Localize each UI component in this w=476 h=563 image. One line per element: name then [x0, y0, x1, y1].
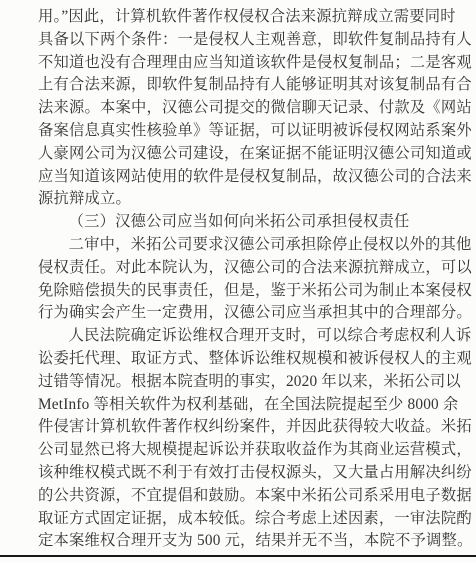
text-line: 行为确实会产生一定费用，汉德公司应当承担其中的合理部分。 — [38, 302, 437, 325]
text-line: 免除赔偿损失的民事责任，但是，鉴于米拓公司为制止本案侵权 — [38, 280, 437, 303]
text-line: 二审中，米拓公司要求汉德公司承担除停止侵权以外的其他 — [38, 234, 437, 257]
text-line: 源抗辩成立。 — [38, 188, 437, 211]
document-page: 用。”因此，计算机软件著作权侵权合法来源抗辩成立需要同时具备以下两个条件：一是侵… — [0, 0, 476, 563]
text-line: 法来源。本案中，汉德公司提交的微信聊天记录、付款及《网站 — [38, 97, 437, 120]
text-line: 上有合法来源，即软件复制品持有人能够证明其对该复制品有合 — [38, 74, 437, 97]
text-line: 取证方式固定证据，成本较低。综合考虑上述因素，一审法院酌 — [38, 508, 437, 531]
text-line: 侵权责任。对此本院认为，汉德公司的合法来源抗辩成立，可以 — [38, 257, 437, 280]
text-line: 人民法院确定诉讼维权合理开支时，可以综合考虑权利人诉 — [38, 325, 437, 348]
text-line: 件侵害计算机软件著作权纠纷案件，并因此获得较大收益。米拓 — [38, 416, 437, 439]
text-line: 备案信息真实性核验单》等证据，可以证明被诉侵权网站系案外 — [38, 120, 437, 143]
text-line: 应当知道该网站使用的软件是侵权复制品，故汉德公司的合法来 — [38, 166, 437, 189]
text-line: （三）汉德公司应当如何向米拓公司承担侵权责任 — [38, 211, 437, 234]
text-line: 该种维权模式既不利于有效打击侵权源头，又大量占用解决纠纷 — [38, 462, 437, 485]
document-body: 用。”因此，计算机软件著作权侵权合法来源抗辩成立需要同时具备以下两个条件：一是侵… — [38, 6, 437, 553]
text-line: 公司显然已将大规模提起诉讼并获取收益作为其商业运营模式， — [38, 439, 437, 462]
text-line: 过错等情况。根据本院查明的事实，2020 年以来，米拓公司以 — [38, 371, 437, 394]
text-line: 讼委托代理、取证方式、整体诉讼维权规模和被诉侵权人的主观 — [38, 348, 437, 371]
text-line: 人豪网公司为汉德公司建设，在案证据不能证明汉德公司知道或 — [38, 143, 437, 166]
text-line: MetInfo 等相关软件为权利基础，在全国法院提起至少 8000 余 — [38, 394, 437, 417]
page-bottom-rule — [0, 555, 476, 557]
text-line: 具备以下两个条件：一是侵权人主观善意，即软件复制品持有人 — [38, 29, 437, 52]
text-line: 定本案维权合理开支为 500 元，结果并无不当，本院不予调整。 — [38, 530, 437, 553]
text-line: 用。”因此，计算机软件著作权侵权合法来源抗辩成立需要同时 — [38, 6, 437, 29]
text-line: 的公共资源，不宜提倡和鼓励。本案中米拓公司系采用电子数据 — [38, 485, 437, 508]
text-line: 不知道也没有合理理由应当知道该软件是侵权复制品；二是客观 — [38, 52, 437, 75]
